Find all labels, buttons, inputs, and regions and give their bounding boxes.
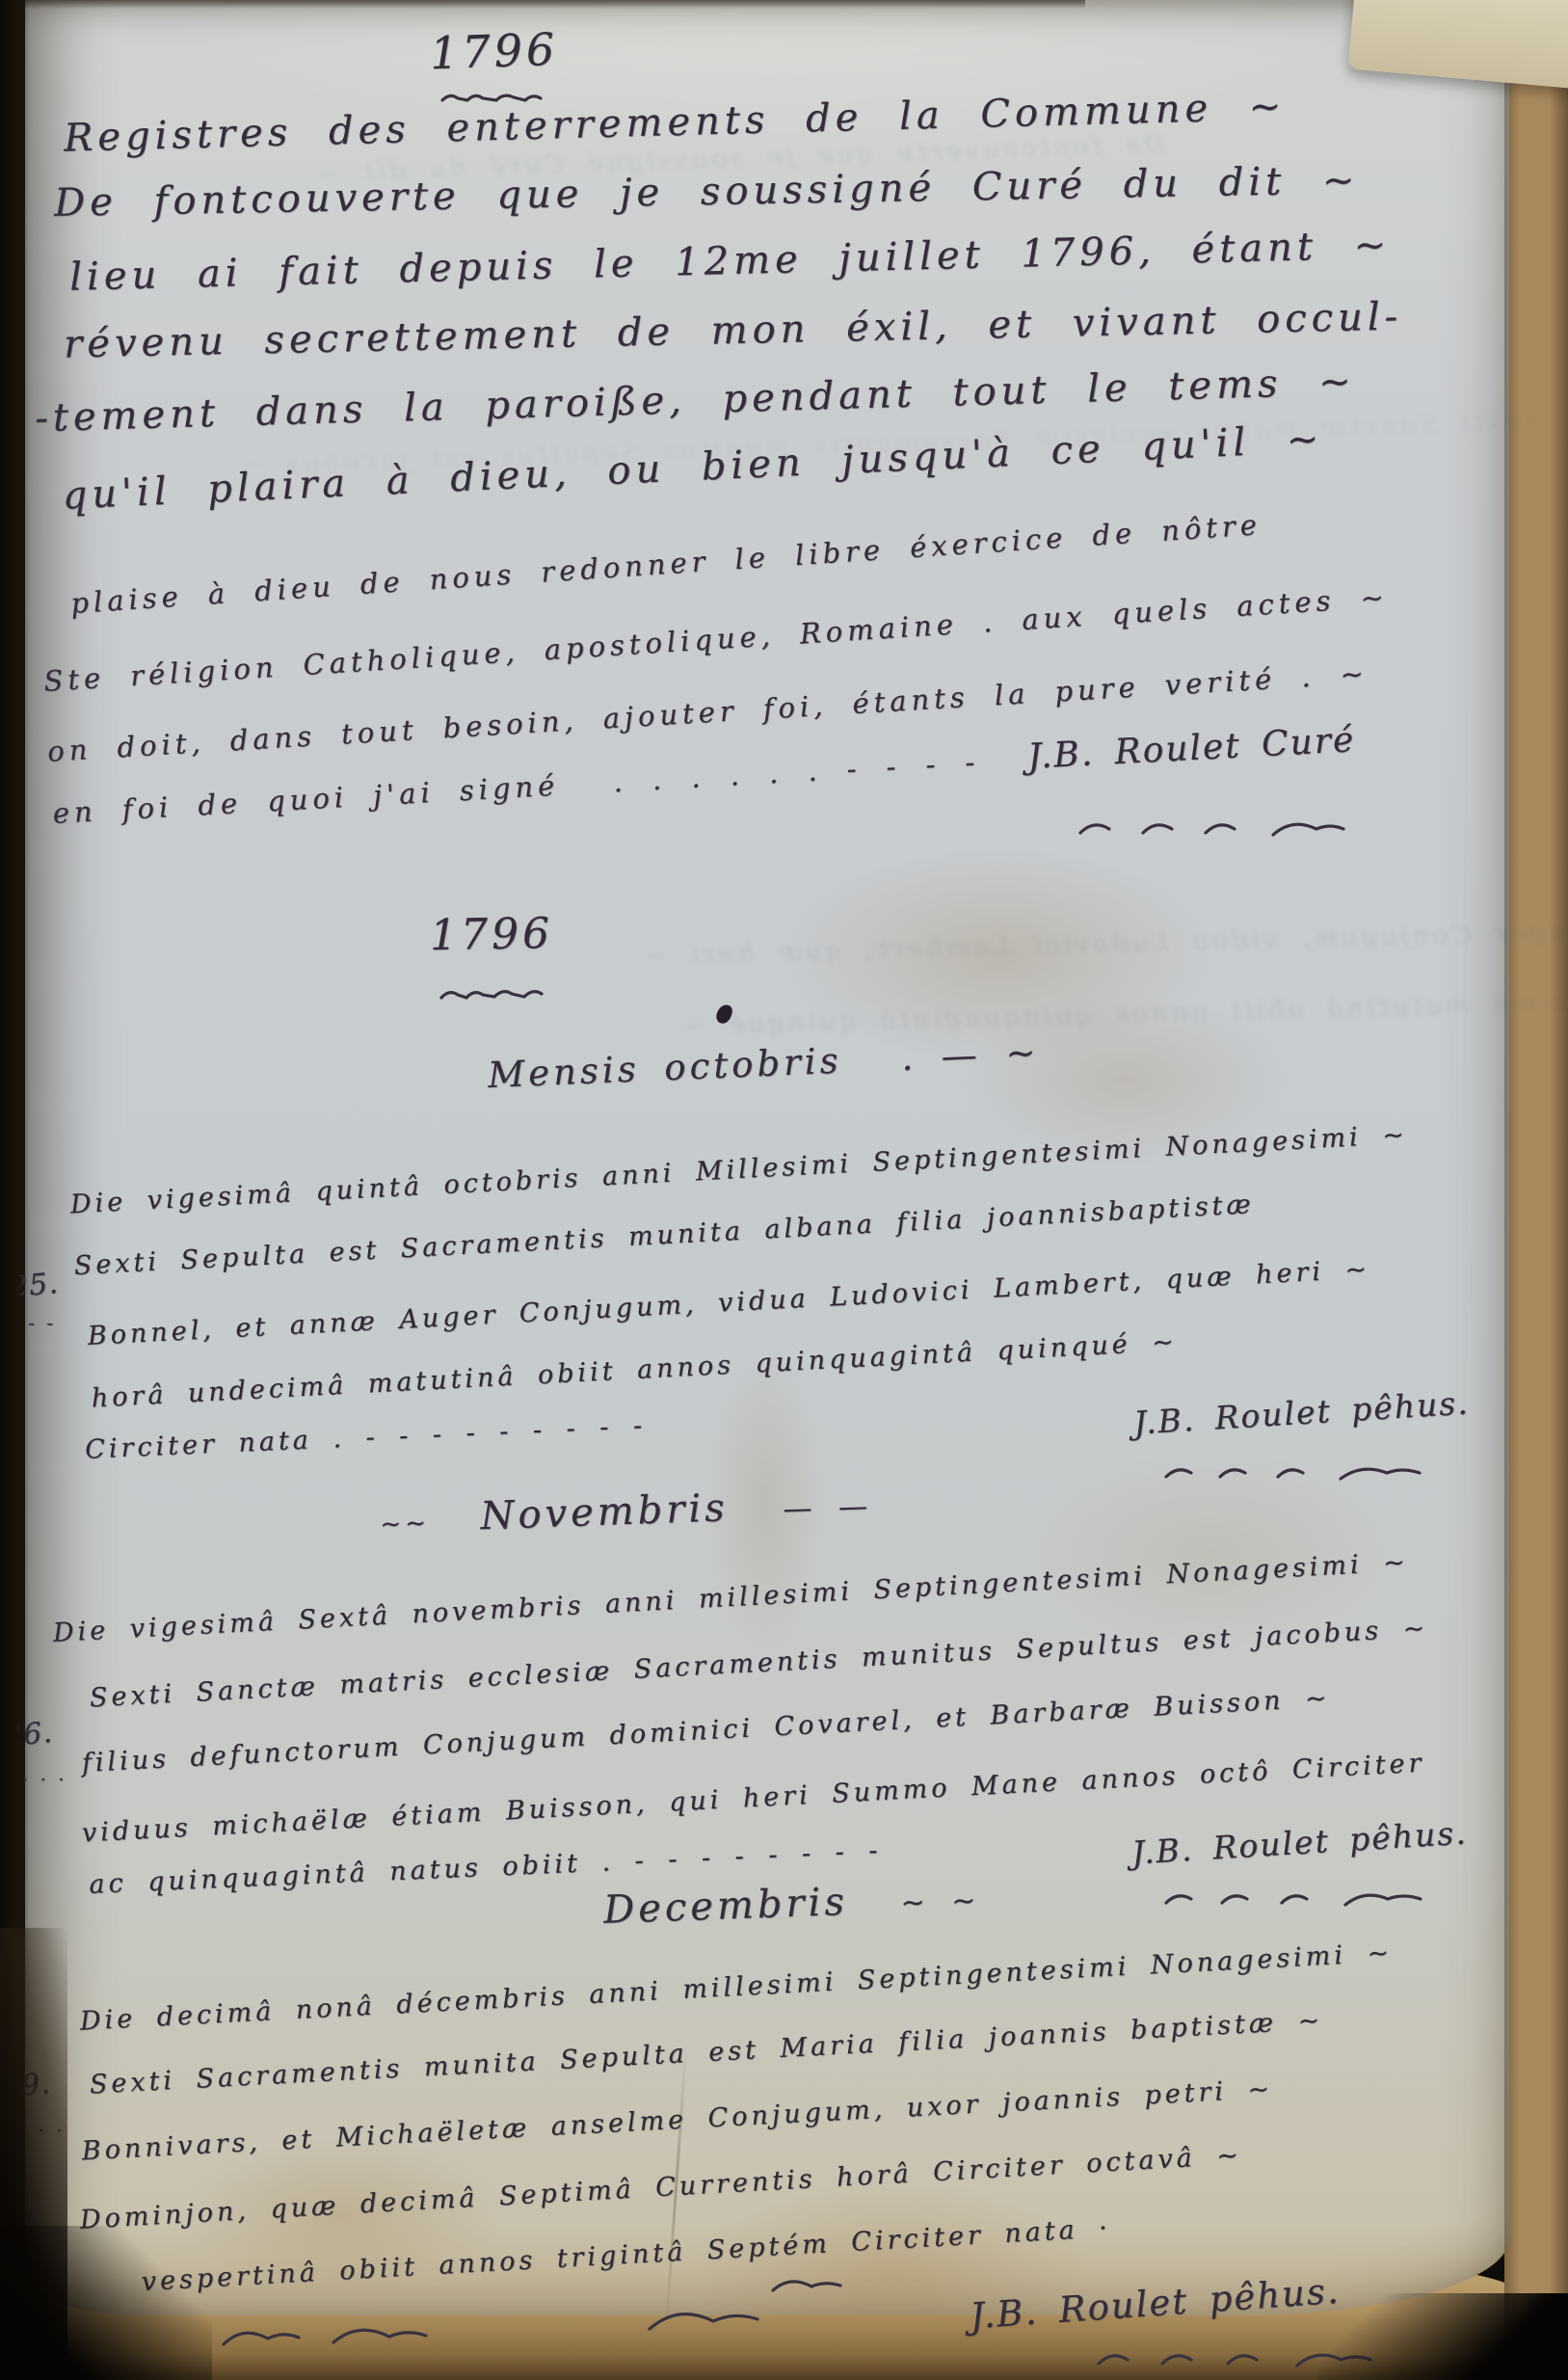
heading-flourish: . — ~ [900,1031,1040,1079]
flourish-squiggles [218,2321,584,2354]
month-label: Novembris [480,1485,730,1538]
priest-signature: J.B. Roulet pêhus. [1130,1813,1469,1871]
priest-signature: J.B. Roulet pêhus. [1132,1383,1471,1441]
heading-flourish: ~~ [380,1509,431,1539]
photo-top-shadow [25,0,1085,9]
entry-line: vespertinâ obiit annos trigintâ Septém C… [141,2213,1112,2297]
flourish-squiggles [1162,1461,1471,1484]
paper-sheet: De fontcouverte que je soussigné Curé du… [25,0,1509,2315]
month-heading-october: Mensis octobris . — ~ [487,1031,1040,1096]
bleedthrough-text: horâ undecimâ matutinâ obiit annos quinq… [680,984,1568,1041]
dark-corner [1317,2293,1568,2380]
flourish-underline [438,985,582,1004]
month-heading-december: Decembris ~ ~ [602,1875,980,1933]
entry-line: Circiter nata . - - - - - - - - - [85,1410,647,1464]
filler-dots: . . . . . . - - - - [612,745,980,798]
closing-text: en foi de quoi j'ai signé [52,769,560,830]
flourish-squiggles [642,2304,931,2339]
dark-corner [0,2226,212,2380]
bleedthrough-text: Bonnel, et annæ Auger Conjugum, vidua Lu… [642,909,1568,971]
flourish-squiggles [767,2273,883,2298]
intro-line: révenu secrettement de mon éxil, et viva… [64,294,1403,366]
month-label: Mensis octobris [487,1040,842,1096]
register-year-heading: 1796 [430,909,554,960]
month-heading-november: ~~ Novembris — — [379,1481,871,1542]
heading-flourish: ~ ~ [900,1884,980,1920]
fore-edge-shading [1504,0,1568,2380]
heading-flourish: — — [783,1489,872,1526]
flourish-squiggles [1162,1887,1471,1911]
month-label: Decembris [602,1880,848,1933]
manuscript-page-photo: De fontcouverte que je soussigné Curé du… [0,0,1568,2380]
intro-line: lieu ai fait depuis le 12me juillet 1796… [69,223,1392,299]
year-heading: 1796 [429,23,559,80]
flourish-squiggles [1076,816,1461,841]
cure-signature: J.B. Roulet Curé [1026,720,1356,777]
